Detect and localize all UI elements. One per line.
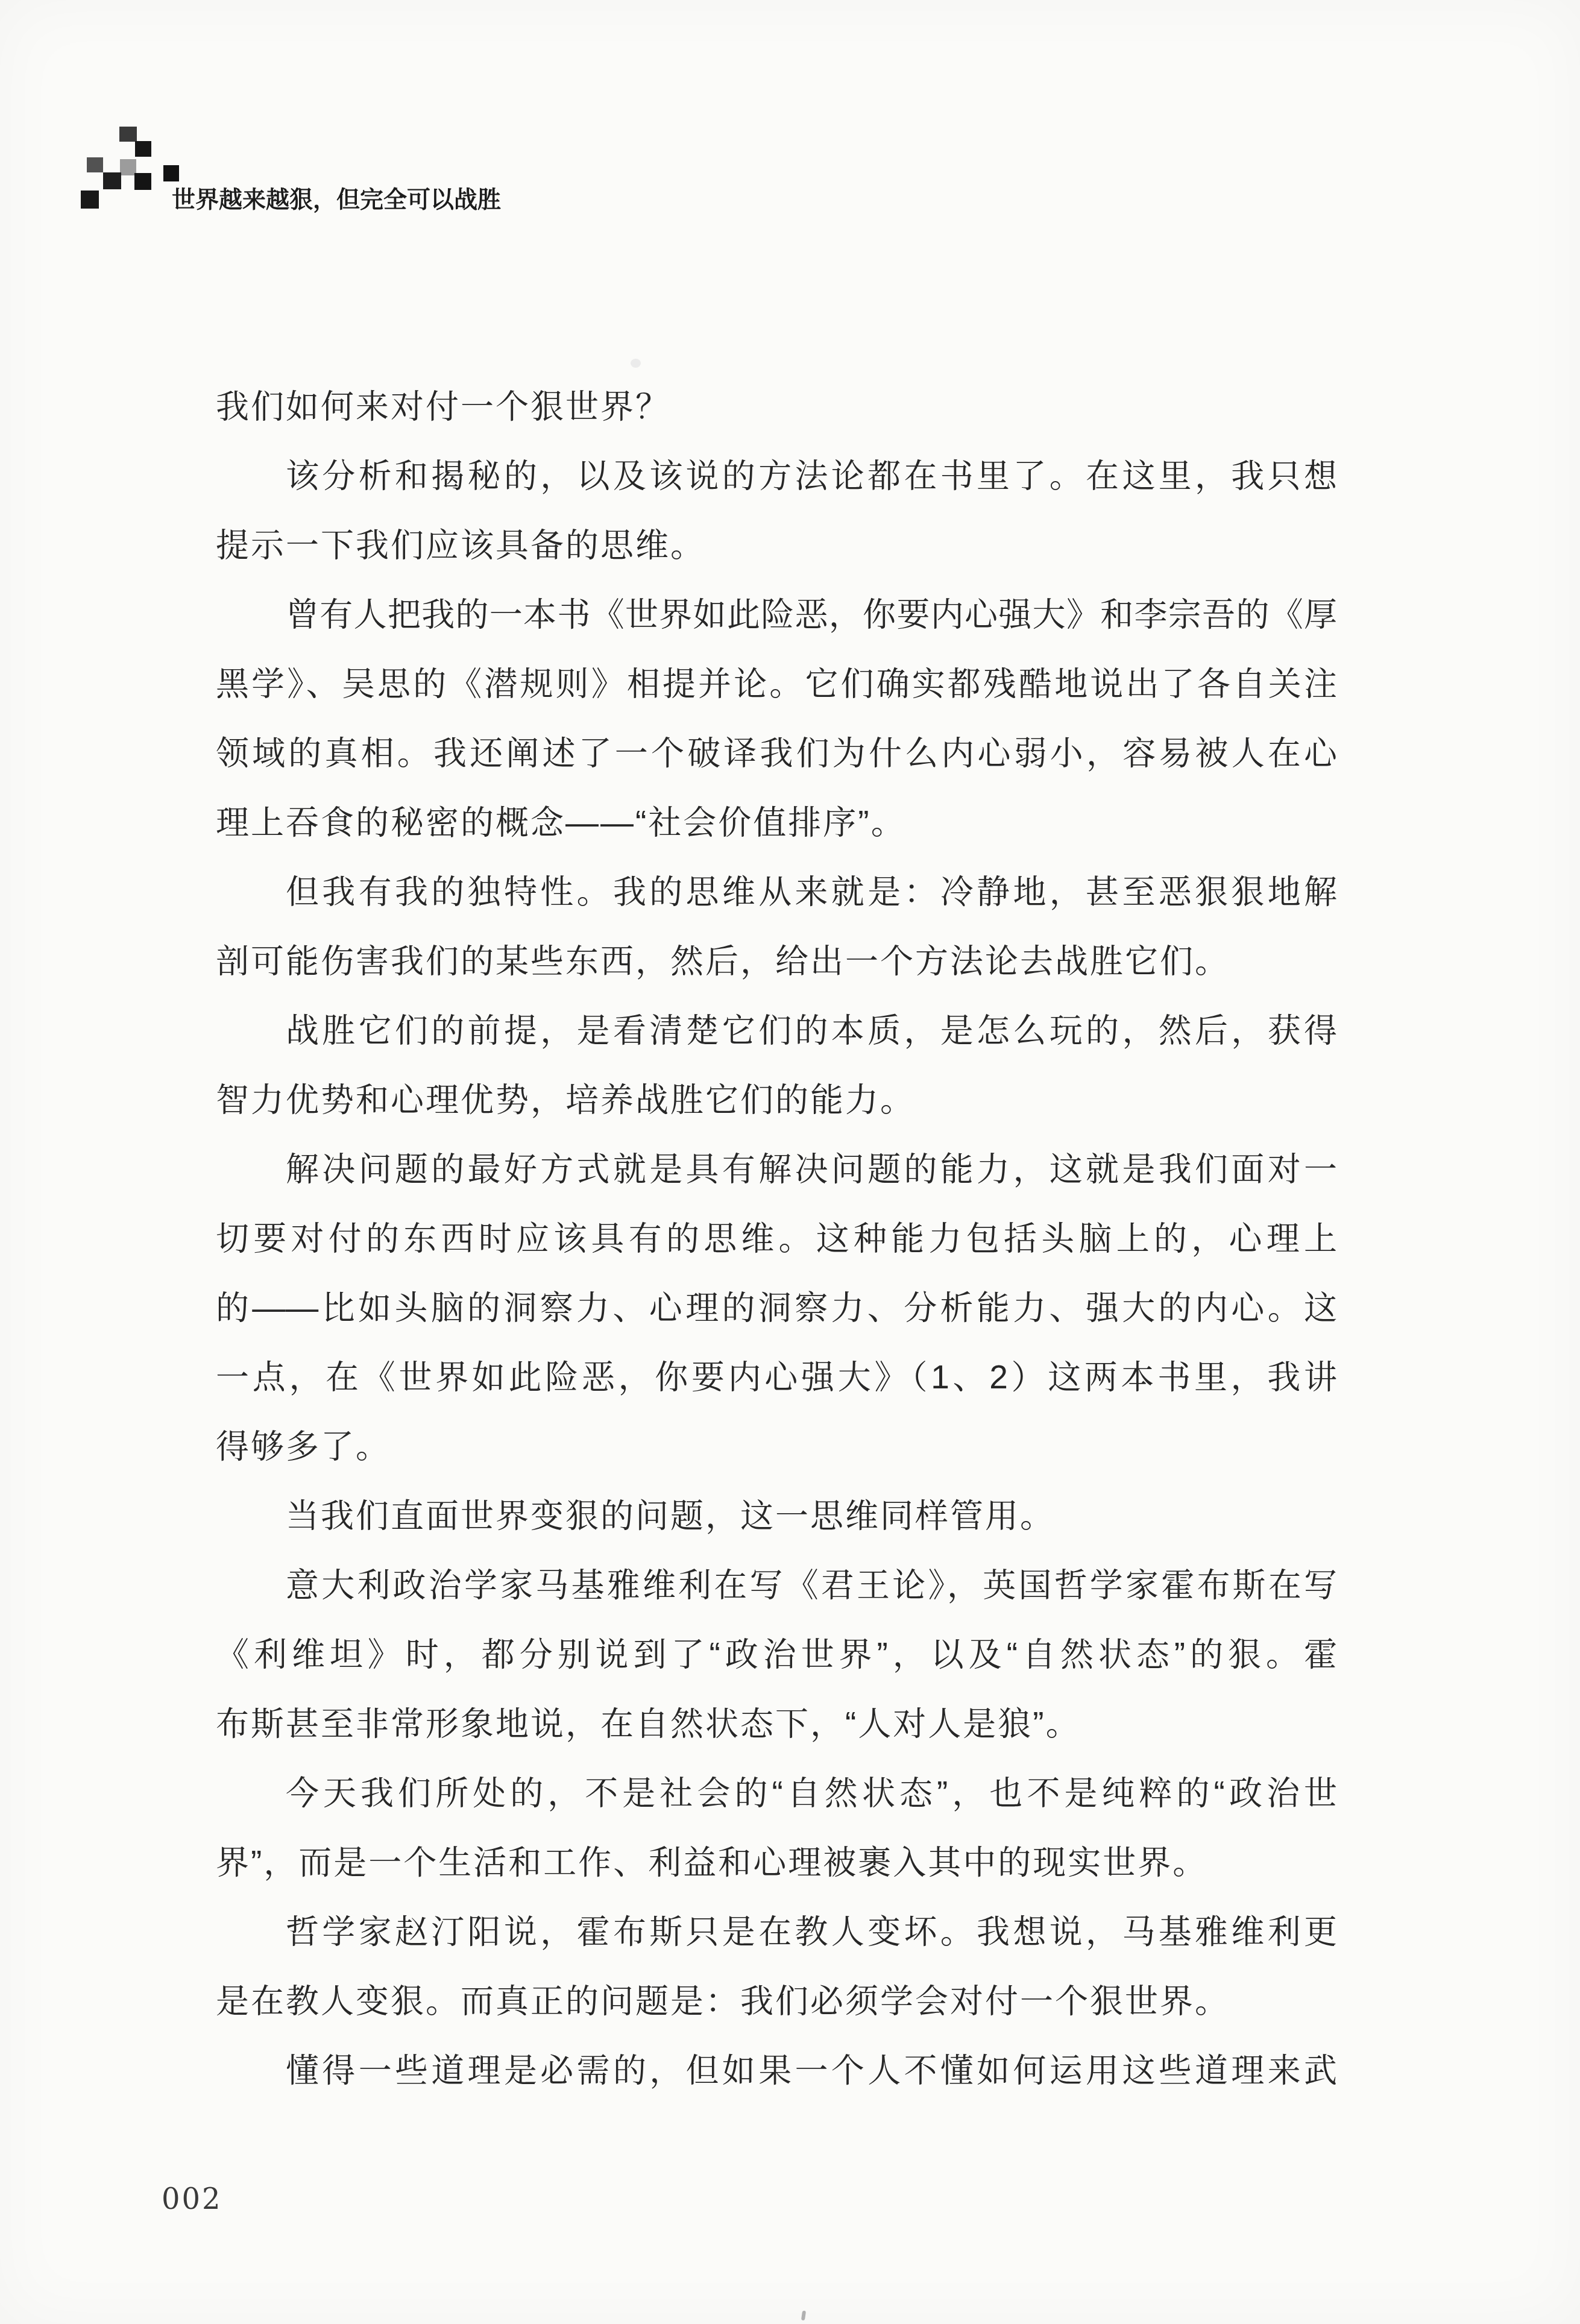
logo-pixel [119,127,137,142]
running-head-title: 世界越来越狠，但完全可以战胜 [172,182,501,218]
publisher-pixel-logo-icon [81,127,180,209]
text-line: 黑学》、吴思的《潜规则》相提并论。它们确实都残酷地说出了各自关注 [216,649,1337,719]
text-line: 剖可能伤害我们的某些东西，然后，给出一个方法论去战胜它们。 [216,927,1337,996]
logo-pixel [120,159,136,175]
logo-pixel [163,165,179,181]
logo-pixel [103,172,121,189]
text-line: 曾有人把我的一本书《世界如此险恶，你要内心强大》和李宗吾的《厚 [216,580,1337,649]
text-line: 当我们直面世界变狠的问题，这一思维同样管用。 [216,1481,1337,1551]
text-line: 提示一下我们应该具备的思维。 [216,511,1337,580]
scan-speck [801,2311,806,2321]
logo-pixel [81,191,99,209]
text-line: 我们如何来对付一个狠世界？ [216,372,1337,441]
text-line: 哲学家赵汀阳说，霍布斯只是在教人变坏。我想说，马基雅维利更 [216,1897,1337,1967]
text-line: 是在教人变狠。而真正的问题是：我们必须学会对付一个狠世界。 [216,1967,1337,2036]
text-line: 《利维坦》时，都分别说到了“政治世界”，以及“自然状态”的狠。霍 [216,1620,1337,1689]
logo-pixel [135,141,151,157]
text-line: 领域的真相。我还阐述了一个破译我们为什么内心弱小，容易被人在心 [216,719,1337,788]
text-line: 的——比如头脑的洞察力、心理的洞察力、分析能力、强大的内心。这 [216,1273,1337,1343]
text-line: 懂得一些道理是必需的，但如果一个人不懂如何运用这些道理来武 [216,2036,1337,2105]
text-line: 但我有我的独特性。我的思维从来就是：冷静地，甚至恶狠狠地解 [216,857,1337,927]
text-line: 布斯甚至非常形象地说，在自然状态下，“人对人是狼”。 [216,1689,1337,1759]
scan-speck [631,359,641,368]
text-line: 理上吞食的秘密的概念——“社会价值排序”。 [216,788,1337,857]
text-line: 智力优势和心理优势，培养战胜它们的能力。 [216,1065,1337,1135]
text-line: 一点，在《世界如此险恶，你要内心强大》（1、2）这两本书里，我讲 [216,1343,1337,1412]
logo-pixel [134,173,151,190]
text-line: 解决问题的最好方式就是具有解决问题的能力，这就是我们面对一 [216,1135,1337,1204]
text-line: 今天我们所处的，不是社会的“自然状态”，也不是纯粹的“政治世 [216,1759,1337,1828]
text-line: 界”，而是一个生活和工作、利益和心理被裹入其中的现实世界。 [216,1828,1337,1897]
text-line: 该分析和揭秘的，以及该说的方法论都在书里了。在这里，我只想 [216,441,1337,511]
logo-pixel [87,157,103,172]
body-text: 我们如何来对付一个狠世界？该分析和揭秘的，以及该说的方法论都在书里了。在这里，我… [216,372,1337,2105]
text-line: 得够多了。 [216,1412,1337,1481]
page-number: 002 [162,2181,222,2217]
text-line: 切要对付的东西时应该具有的思维。这种能力包括头脑上的，心理上 [216,1204,1337,1273]
text-line: 战胜它们的前提，是看清楚它们的本质，是怎么玩的，然后，获得 [216,996,1337,1065]
text-line: 意大利政治学家马基雅维利在写《君王论》，英国哲学家霍布斯在写 [216,1551,1337,1620]
book-page: 世界越来越狠，但完全可以战胜 我们如何来对付一个狠世界？该分析和揭秘的，以及该说… [0,0,1580,2324]
